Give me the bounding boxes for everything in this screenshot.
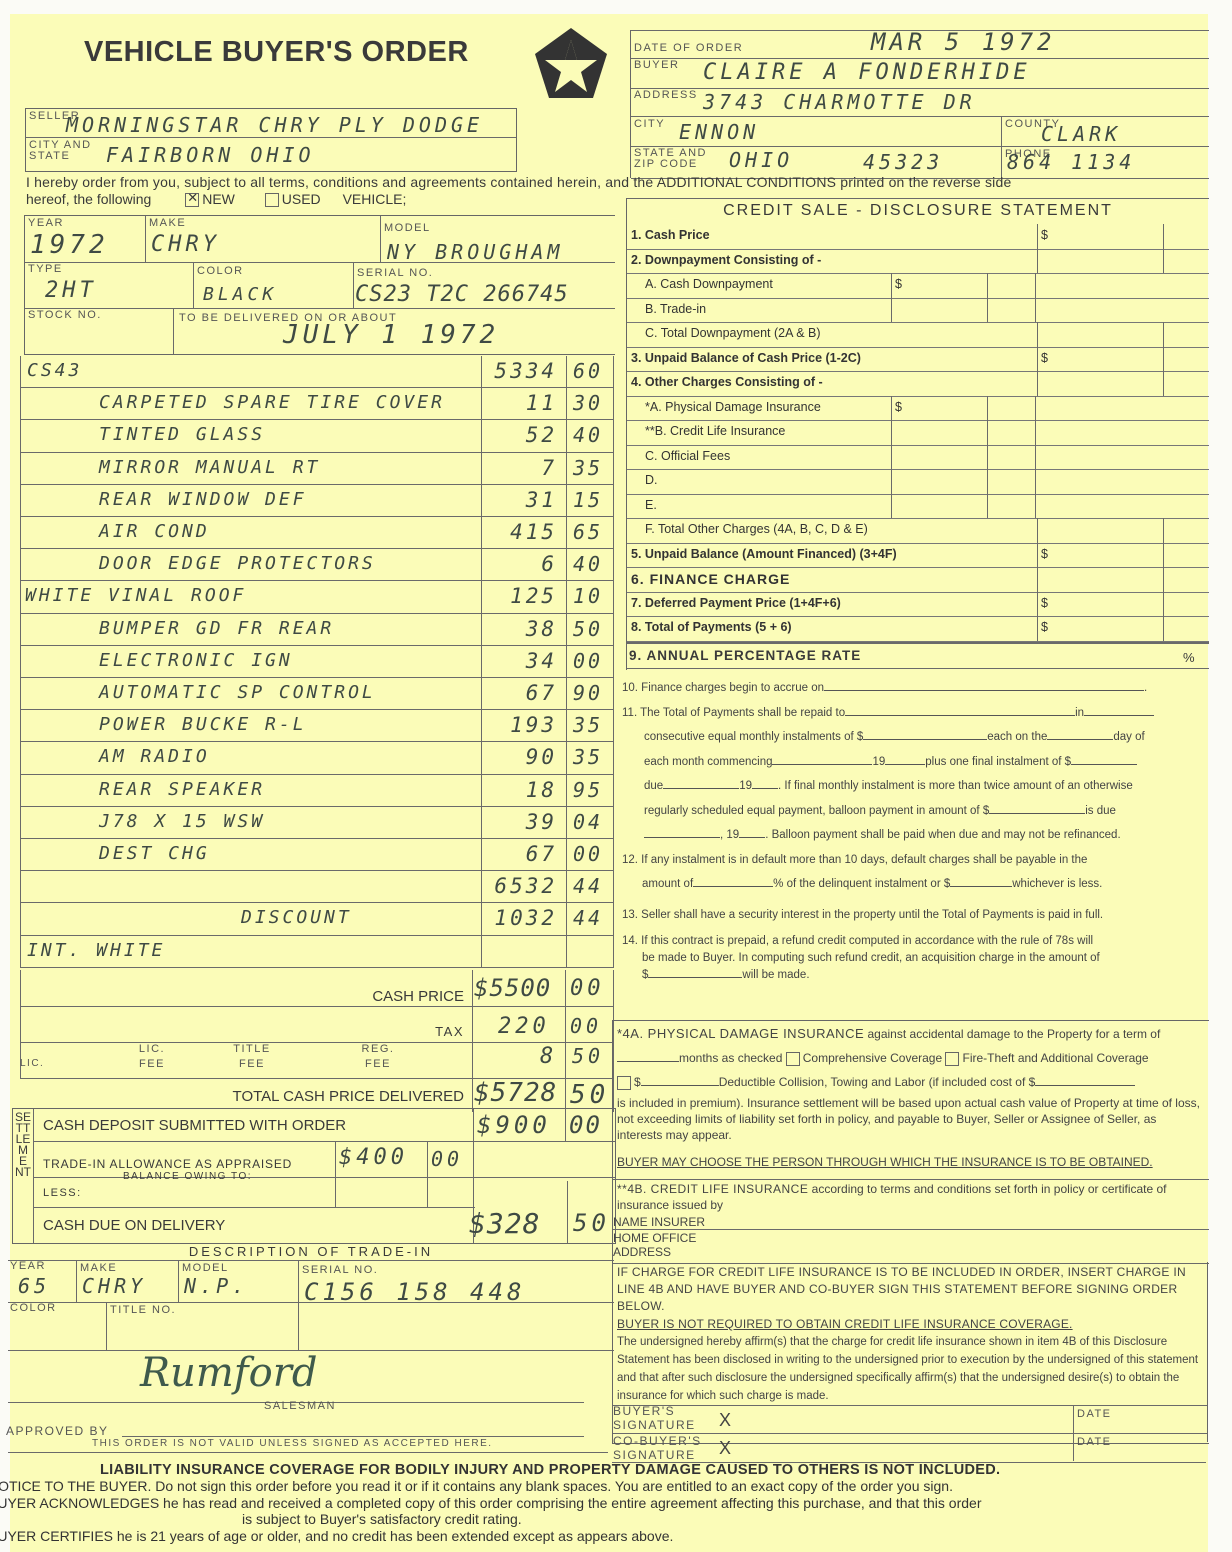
line-item-description[interactable]: TINTED GLASS [99, 424, 265, 445]
footer-notices: NOTICE TO THE BUYER. Do not sign this or… [0, 1478, 1230, 1544]
pd-insurance-line2: months as checked Comprehensive Coverage… [617, 1049, 1205, 1067]
line-item-dollars[interactable]: 39 [526, 810, 557, 834]
disclosure-row-dollar[interactable]: $ [1041, 620, 1048, 634]
disclosure-row-label: 1. Cash Price [631, 228, 710, 242]
balloon-amount-field[interactable] [989, 813, 1085, 814]
commencing-year-field[interactable] [885, 764, 925, 765]
cash-price-label: CASH PRICE [372, 988, 464, 1005]
disclosure-table: CREDIT SALE - DISCLOSURE STATEMENT 1. Ca… [626, 198, 1209, 670]
zip-value[interactable]: 45323 [863, 150, 943, 174]
tradein-allowance-dollars[interactable]: $400 [339, 1145, 408, 1170]
disclosure-row: **B. Credit Life Insurance [627, 420, 1209, 446]
line-item-row: 653244 [20, 871, 614, 903]
item-11-due-text: due [644, 780, 663, 792]
less-label: LESS: [43, 1187, 82, 1199]
credit-life-statement: IF CHARGE FOR CREDIT LIFE INSURANCE IS T… [612, 1262, 1208, 1442]
line-item-dollars[interactable]: 1032 [494, 906, 557, 930]
buyer-name-value[interactable]: CLAIRE A FONDERHIDE [703, 60, 1031, 85]
disclosure-heading: CREDIT SALE - DISCLOSURE STATEMENT [627, 202, 1209, 220]
disclosure-row-dollar[interactable]: $ [1041, 351, 1048, 365]
line-item-cents[interactable]: 44 [573, 906, 603, 930]
line-item-dollars[interactable]: 52 [526, 423, 557, 447]
type-label: TYPE [28, 263, 63, 275]
cash-deposit-cents[interactable]: 00 [569, 1111, 602, 1139]
line-item-dollars[interactable]: 38 [526, 617, 557, 641]
disclosure-row-label: F. Total Other Charges (4A, B, C, D & E) [645, 522, 868, 536]
new-label: NEW [202, 191, 235, 207]
acquisition-charge-field[interactable] [648, 977, 742, 978]
item-14-line3: will be made. [742, 969, 809, 981]
line-item-row: AUTOMATIC SP CONTROL6790 [20, 678, 614, 710]
disclosure-row: C. Total Downpayment (2A & B) [627, 322, 1209, 348]
line-item-row: DEST CHG6700 [20, 839, 614, 871]
notice-to-buyer: NOTICE TO THE BUYER. Do not sign this or… [0, 1478, 1230, 1495]
trade-model-value[interactable]: N.P. [184, 1274, 248, 1298]
apr-percent-symbol[interactable]: % [1183, 650, 1195, 665]
disclosure-row-dollar[interactable]: $ [1041, 596, 1048, 610]
tradein-allowance-label: TRADE-IN ALLOWANCE AS APPRAISED [43, 1157, 292, 1171]
pd-insurance-line1: *4A. PHYSICAL DAMAGE INSURANCE against a… [617, 1025, 1205, 1043]
checkbox-empty-icon [265, 193, 279, 207]
lic-fee-label: LIC. FEE [132, 1042, 172, 1072]
fire-theft-label: Fire-Theft and Additional Coverage [962, 1051, 1148, 1065]
vehicle-label: VEHICLE; [343, 191, 407, 207]
checkbox-checked-icon: ✕ [185, 193, 199, 207]
item-11-balloon-note: Balloon payment shall be paid when due a… [772, 829, 1121, 841]
tax-label: TAX [435, 1024, 464, 1039]
trade-model-label: MODEL [182, 1262, 229, 1274]
repaid-to-field[interactable] [845, 715, 1075, 716]
line-item-cents[interactable]: 30 [573, 391, 603, 415]
deductible-text: Deductible Collision, Towing and Labor (… [719, 1075, 1036, 1089]
disclosure-row-label: 6. FINANCE CHARGE [631, 571, 790, 587]
not-valid-notice: THIS ORDER IS NOT VALID UNLESS SIGNED AS… [92, 1438, 493, 1449]
disclosure-row-label: C. Total Downpayment (2A & B) [645, 326, 821, 340]
order-statement-following: hereof, the following [26, 191, 151, 207]
name-insurer-label: NAME INSURER [613, 1215, 705, 1229]
line-item-row: POWER BUCKE R-L19335 [20, 710, 614, 742]
line-item-cents[interactable]: 00 [573, 649, 603, 673]
line-item-dollars[interactable]: 67 [526, 842, 557, 866]
line-item-description[interactable]: DEST CHG [99, 843, 210, 864]
balloon-year-field[interactable] [739, 837, 765, 838]
item-12: 12. If any instalment is in default more… [620, 848, 1200, 873]
buyer-may-choose-notice: BUYER MAY CHOOSE THE PERSON THROUGH WHIC… [617, 1153, 1205, 1171]
trade-year-label: YEAR [10, 1260, 46, 1272]
item-11-final-text: plus one final instalment of $ [925, 756, 1071, 768]
salesman-label: SALESMAN [264, 1400, 336, 1412]
buyer-signature-x[interactable]: X [719, 1410, 731, 1431]
line-item-row: CS43533460 [20, 356, 614, 388]
line-item-cents[interactable]: 10 [573, 584, 603, 608]
item-12-delinquent-text: % of the delinquent instalment or $ [773, 878, 950, 890]
cash-due-dollars[interactable]: $328 [469, 1207, 540, 1240]
line-item-cents[interactable]: 90 [573, 681, 603, 705]
line-item-description[interactable]: REAR SPEAKER [99, 779, 265, 800]
towing-cost-field[interactable] [1035, 1085, 1135, 1086]
deductible-amount-field[interactable] [641, 1085, 719, 1086]
disclosure-row: *A. Physical Damage Insurance$ [627, 396, 1209, 422]
line-item-dollars[interactable]: 90 [526, 745, 557, 769]
line-item-row: REAR WINDOW DEF3115 [20, 485, 614, 517]
title-fee-label: TITLE FEE [230, 1042, 274, 1072]
date-of-order-value[interactable]: MAR 5 1972 [871, 28, 1056, 56]
disclosure-row-label: B. Trade-in [645, 302, 706, 316]
trade-serial-value[interactable]: C156 158 448 [304, 1278, 525, 1306]
line-item-cents[interactable]: 95 [573, 778, 603, 802]
affirm-text: The undersigned hereby affirm(s) that th… [613, 1331, 1207, 1407]
line-item-cents[interactable]: 44 [573, 874, 603, 898]
line-item-description[interactable]: AUTOMATIC SP CONTROL [99, 682, 376, 703]
line-item-row: AIR COND41565 [20, 517, 614, 549]
line-item-cents[interactable]: 40 [573, 552, 603, 576]
line-item-dollars[interactable]: 31 [526, 488, 557, 512]
delivery-value[interactable]: JULY 1 1972 [283, 320, 499, 350]
disclosure-row: D. [627, 469, 1209, 495]
item-11-each-text: each on the [987, 731, 1047, 743]
cobuyer-signature-label: CO-BUYER'S SIGNATURE [613, 1434, 709, 1462]
serial-value[interactable]: CS23 T2C 266745 [355, 282, 569, 307]
make-value[interactable]: CHRY [151, 232, 220, 257]
buyer-certifies: BUYER CERTIFIES he is 21 years of age or… [0, 1528, 1230, 1545]
buyer-box: DATE OF ORDER MAR 5 1972 BUYER CLAIRE A … [630, 30, 1209, 178]
disclosure-row: 4. Other Charges Consisting of - [627, 371, 1209, 397]
tax-cents[interactable]: 00 [570, 1014, 602, 1038]
item-11-19: 19 [872, 756, 885, 768]
year-label: YEAR [28, 217, 64, 229]
line-item-description[interactable]: INT. WHITE [27, 940, 165, 961]
credit-rating-notice: is subject to Buyer's satisfactory credi… [242, 1511, 1230, 1528]
item-11-isdue: is due [1085, 805, 1116, 817]
line-item-row: CARPETED SPARE TIRE COVER1130 [20, 388, 614, 420]
line-item-row: ELECTRONIC IGN3400 [20, 646, 614, 678]
item-10-text: 10. Finance charges begin to accrue on [622, 682, 824, 694]
line-item-row: TINTED GLASS5240 [20, 420, 614, 452]
item-12-whichever: whichever is less. [1012, 878, 1102, 890]
disclosure-row: 6. FINANCE CHARGE [627, 567, 1209, 593]
line-item-row: INT. WHITE [20, 936, 614, 968]
disclosure-row-label: 7. Deferred Payment Price (1+4F+6) [631, 596, 841, 610]
line-item-dollars[interactable]: 34 [526, 649, 557, 673]
disclosure-row: 3. Unpaid Balance of Cash Price (1-2C)$ [627, 347, 1209, 373]
line-item-dollars[interactable]: 6532 [494, 874, 557, 898]
trade-serial-label: SERIAL NO. [302, 1264, 378, 1276]
line-item-row: BUMPER GD FR REAR3850 [20, 614, 614, 646]
balloon-date-field[interactable] [644, 837, 720, 838]
disclosure-row-dollar[interactable]: $ [895, 400, 902, 414]
item-11-instalments-text: consecutive equal monthly instalments of… [644, 731, 863, 743]
used-vehicle-checkbox[interactable]: USED [265, 191, 321, 207]
lic-label: LIC. [20, 1058, 44, 1069]
line-item-description[interactable]: ELECTRONIC IGN [99, 650, 293, 671]
balance-owing-label: BALANCE OWING TO: [123, 1171, 252, 1182]
trade-make-label: MAKE [80, 1262, 117, 1274]
line-item-dollars[interactable]: 125 [510, 584, 557, 608]
liability-notice: LIABILITY INSURANCE COVERAGE FOR BODILY … [100, 1462, 1000, 1478]
fees-cents[interactable]: 50 [572, 1044, 604, 1068]
cash-deposit-dollars[interactable]: $900 [477, 1111, 551, 1139]
cash-due-cents[interactable]: 50 [573, 1209, 610, 1237]
approved-by-label: APPROVED BY [6, 1424, 109, 1438]
buyer-label: BUYER [634, 59, 679, 71]
disclosure-row: E. [627, 494, 1209, 520]
line-item-description[interactable]: WHITE VINAL ROOF [25, 585, 246, 606]
line-item-dollars[interactable]: 18 [526, 778, 557, 802]
deductible-checkbox[interactable] [617, 1076, 631, 1090]
form-title: VEHICLE BUYER'S ORDER [84, 36, 469, 69]
buyer-date-label: DATE [1077, 1408, 1112, 1420]
model-label: MODEL [384, 222, 431, 234]
pd-insurance-text: against accidental damage to the Propert… [867, 1027, 1160, 1041]
line-item-dollars[interactable]: 6 [541, 552, 557, 576]
line-item-cents[interactable]: 04 [573, 810, 603, 834]
pentastar-icon [533, 26, 609, 102]
new-vehicle-checkbox[interactable]: ✕NEW [185, 191, 235, 207]
disclosure-row-label: 3. Unpaid Balance of Cash Price (1-2C) [631, 351, 861, 365]
year-value[interactable]: 1972 [30, 230, 109, 260]
item-13: 13. Seller shall have a security interes… [620, 903, 1200, 928]
total-cash-price-label: TOTAL CASH PRICE DELIVERED [233, 1088, 464, 1105]
trade-in-box: DESCRIPTION OF TRADE-IN YEAR 65 MAKE CHR… [8, 1242, 614, 1354]
item-11-commencing-text: each month commencing [644, 756, 772, 768]
total-cash-price-cents[interactable]: 50 [570, 1080, 609, 1110]
serial-label: SERIAL NO. [357, 267, 433, 279]
disclosure-row-label: 2. Downpayment Consisting of - [631, 253, 821, 267]
item-11-balloon-19: 19 [726, 829, 739, 841]
line-item-row: REAR SPEAKER1895 [20, 775, 614, 807]
disclosure-row: F. Total Other Charges (4A, B, C, D & E) [627, 518, 1209, 544]
phone-value[interactable]: 864 1134 [1007, 150, 1135, 174]
not-required-notice: BUYER IS NOT REQUIRED TO OBTAIN CREDIT L… [613, 1317, 1207, 1331]
instalments-count-field[interactable] [1084, 715, 1154, 716]
item-11-in: in [1075, 707, 1084, 719]
final-instalment-field[interactable] [1071, 764, 1137, 765]
disclosure-row-dollar[interactable]: $ [1041, 547, 1048, 561]
line-item-description[interactable]: REAR WINDOW DEF [99, 489, 307, 510]
months-checked-text: months as checked [679, 1051, 782, 1065]
credit-life-section: **4B. CREDIT LIFE INSURANCE according to… [617, 1181, 1203, 1213]
line-item-row: DISCOUNT103244 [20, 903, 614, 935]
line-item-description[interactable]: CARPETED SPARE TIRE COVER [99, 392, 445, 413]
city-state-label: CITY AND STATE [29, 140, 99, 162]
comprehensive-label: Comprehensive Coverage [803, 1051, 942, 1065]
buyer-signature-label: BUYER'S SIGNATURE [613, 1404, 693, 1432]
settlement-side-label: SETTLEMENT [15, 1112, 31, 1178]
cobuyer-signature-x[interactable]: X [719, 1438, 731, 1459]
disclosure-row-dollar[interactable]: $ [895, 277, 902, 291]
line-item-dollars[interactable]: 5334 [494, 359, 557, 383]
line-item-dollars[interactable]: 7 [541, 456, 557, 480]
totals-section: CASH PRICE $5500 00 TAX 220 00 LIC. LIC.… [20, 970, 614, 1112]
item-11-due-19: 19 [739, 780, 752, 792]
line-item-description[interactable]: J78 X 15 WSW [99, 811, 265, 832]
disclosure-row: 1. Cash Price$ [627, 224, 1209, 250]
item-14-line2: be made to Buyer. In computing such refu… [622, 950, 1200, 967]
disclosure-row-label: 8. Total of Payments (5 + 6) [631, 620, 792, 634]
cash-due-label: CASH DUE ON DELIVERY [43, 1217, 225, 1234]
disclosure-row: 5. Unpaid Balance (Amount Financed) (3+4… [627, 543, 1209, 569]
line-item-dollars[interactable]: 67 [526, 681, 557, 705]
line-item-row: AM RADIO9035 [20, 742, 614, 774]
cash-deposit-label: CASH DEPOSIT SUBMITTED WITH ORDER [43, 1117, 346, 1134]
due-date-field[interactable] [663, 788, 739, 789]
total-cash-price-dollars[interactable]: $5728 [474, 1078, 557, 1108]
item-11-day-text: day of [1113, 731, 1144, 743]
line-item-cents[interactable]: 15 [573, 488, 603, 512]
home-office-label: HOME OFFICE ADDRESS [613, 1231, 703, 1259]
model-value[interactable]: NY BROUGHAM [387, 240, 563, 264]
seller-value[interactable]: MORNINGSTAR CHRY PLY DODGE [66, 113, 483, 137]
disclosure-terms: 10. Finance charges begin to accrue on. … [620, 676, 1200, 984]
county-value[interactable]: CLARK [1041, 122, 1121, 146]
item-11-balloon-intro: . If final monthly instalment is more th… [778, 780, 1133, 792]
city-value[interactable]: ENNON [679, 120, 759, 144]
disclosure-row: 7. Deferred Payment Price (1+4F+6)$ [627, 592, 1209, 618]
buyer-acknowledges: BUYER ACKNOWLEDGES he has read and recei… [0, 1495, 1230, 1512]
item-14: 14. If this contract is prepaid, a refun… [620, 933, 1200, 984]
seller-box: SELLER MORNINGSTAR CHRY PLY DODGE CITY A… [25, 108, 517, 172]
disclosure-row: B. Trade-in [627, 298, 1209, 324]
pd-insurance-title: *4A. PHYSICAL DAMAGE INSURANCE [617, 1026, 864, 1041]
type-value[interactable]: 2HT [45, 278, 97, 303]
due-year-field[interactable] [752, 788, 778, 789]
if-charge-notice: IF CHARGE FOR CREDIT LIFE INSURANCE IS T… [613, 1262, 1207, 1317]
line-item-cents[interactable]: 35 [573, 456, 603, 480]
cash-price-dollars[interactable]: $5500 [474, 974, 551, 1002]
disclosure-row: 8. Total of Payments (5 + 6)$ [627, 616, 1209, 642]
color-value[interactable]: BLACK [203, 284, 277, 305]
disclosure-row-label: A. Cash Downpayment [645, 277, 773, 291]
apr-label: 9. ANNUAL PERCENTAGE RATE [629, 648, 861, 663]
disclosure-row-dollar[interactable]: $ [1041, 228, 1048, 242]
order-statement-line1: I hereby order from you, subject to all … [26, 174, 1011, 190]
line-item-description[interactable]: CS43 [27, 360, 82, 381]
line-item-row: MIRROR MANUAL RT735 [20, 453, 614, 485]
line-item-description[interactable]: DOOR EDGE PROTECTORS [99, 553, 376, 574]
line-item-description[interactable]: BUMPER GD FR REAR [99, 618, 334, 639]
pd-insurance-settlement-text: is included in premium). Insurance settl… [617, 1095, 1205, 1143]
trade-title-label: TITLE NO. [110, 1304, 176, 1316]
tax-dollars[interactable]: 220 [498, 1014, 550, 1039]
disclosure-row-label: **B. Credit Life Insurance [645, 424, 785, 438]
line-item-description[interactable]: AIR COND [99, 521, 210, 542]
fees-dollars[interactable]: 8 [540, 1044, 557, 1069]
date-of-order-label: DATE OF ORDER [634, 42, 743, 54]
disclosure-row: 2. Downpayment Consisting of - [627, 249, 1209, 275]
disclosure-row-label: *A. Physical Damage Insurance [645, 400, 821, 414]
default-dollar-field[interactable] [950, 886, 1012, 887]
line-item-cents[interactable]: 35 [573, 713, 603, 737]
line-item-dollars[interactable]: 11 [526, 391, 557, 415]
trade-make-value[interactable]: CHRY [82, 1274, 146, 1298]
disclosure-row-label: E. [645, 498, 657, 512]
line-item-row: J78 X 15 WSW3904 [20, 807, 614, 839]
pd-insurance-line3: $Deductible Collision, Towing and Labor … [617, 1073, 1205, 1091]
vehicle-box: YEAR 1972 MAKE CHRY MODEL NY BROUGHAM TY… [24, 215, 615, 355]
reg-fee-label: REG. FEE [358, 1042, 398, 1072]
line-item-cents[interactable]: 60 [573, 359, 603, 383]
line-item-cents[interactable]: 65 [573, 520, 603, 544]
make-label: MAKE [149, 217, 186, 229]
credit-life-title: **4B. CREDIT LIFE INSURANCE [617, 1182, 808, 1196]
line-item-cents[interactable]: 40 [573, 423, 603, 447]
line-item-row: WHITE VINAL ROOF12510 [20, 581, 614, 613]
disclosure-row-label: D. [645, 473, 658, 487]
address-value[interactable]: 3743 CHARMOTTE DR [703, 90, 976, 114]
address-label: ADDRESS [634, 89, 698, 101]
tradein-allowance-cents[interactable]: 00 [431, 1147, 463, 1171]
line-item-description[interactable]: POWER BUCKE R-L [99, 714, 307, 735]
state-value[interactable]: OHIO [729, 148, 793, 172]
default-percent-field[interactable] [693, 886, 773, 887]
seller-city-value[interactable]: FAIRBORN OHIO [106, 143, 315, 167]
disclosure-row-label: 4. Other Charges Consisting of - [631, 375, 823, 389]
commencing-field[interactable] [772, 764, 872, 765]
item-11: 11. The Total of Payments shall be repai… [620, 701, 1200, 726]
cash-price-cents[interactable]: 00 [570, 976, 605, 1001]
line-item-cents[interactable]: 50 [573, 617, 603, 641]
disclosure-row: A. Cash Downpayment$ [627, 273, 1209, 299]
color-label: COLOR [197, 265, 244, 277]
city-label: CITY [634, 118, 665, 130]
line-item-description[interactable]: AM RADIO [99, 746, 210, 767]
comprehensive-checkbox[interactable] [786, 1052, 800, 1066]
disclosure-row: C. Official Fees [627, 445, 1209, 471]
order-statement-line2: hereof, the following ✕NEW USED VEHICLE; [26, 191, 406, 207]
settlement-box: SETTLEMENT CASH DEPOSIT SUBMITTED WITH O… [12, 1108, 616, 1244]
line-item-cents[interactable]: 35 [573, 745, 603, 769]
state-zip-label: STATE AND ZIP CODE [634, 148, 724, 170]
instalment-amount-field[interactable] [863, 739, 987, 740]
item-14-line1: 14. If this contract is prepaid, a refun… [622, 933, 1200, 950]
trade-color-label: COLOR [10, 1302, 57, 1314]
item-10: 10. Finance charges begin to accrue on. [620, 676, 1200, 701]
trade-year-value[interactable]: 65 [18, 1274, 50, 1298]
line-item-description[interactable]: MIRROR MANUAL RT [99, 457, 320, 478]
fire-theft-checkbox[interactable] [945, 1052, 959, 1066]
line-item-row: DOOR EDGE PROTECTORS640 [20, 549, 614, 581]
item-11-balloon-text: regularly scheduled equal payment, ballo… [644, 805, 989, 817]
term-months-field[interactable] [617, 1061, 679, 1062]
day-field[interactable] [1047, 739, 1113, 740]
used-label: USED [282, 191, 321, 207]
accrue-date-field[interactable] [824, 690, 1144, 691]
stock-label: STOCK NO. [28, 309, 102, 321]
disclosure-row-label: C. Official Fees [645, 449, 730, 463]
line-item-cents[interactable]: 00 [573, 842, 603, 866]
item-11-text: 11. The Total of Payments shall be repai… [622, 707, 845, 719]
cobuyer-date-label: DATE [1077, 1436, 1112, 1448]
line-item-dollars[interactable]: 193 [510, 713, 557, 737]
trade-in-heading: DESCRIPTION OF TRADE-IN [8, 1244, 614, 1259]
disclosure-row-label: 5. Unpaid Balance (Amount Financed) (3+4… [631, 547, 897, 561]
line-item-description[interactable]: DISCOUNT [241, 907, 352, 928]
item-12-amount-text: amount of [642, 878, 693, 890]
line-item-dollars[interactable]: 415 [510, 520, 557, 544]
salesman-signature[interactable]: Rumford [140, 1350, 317, 1396]
